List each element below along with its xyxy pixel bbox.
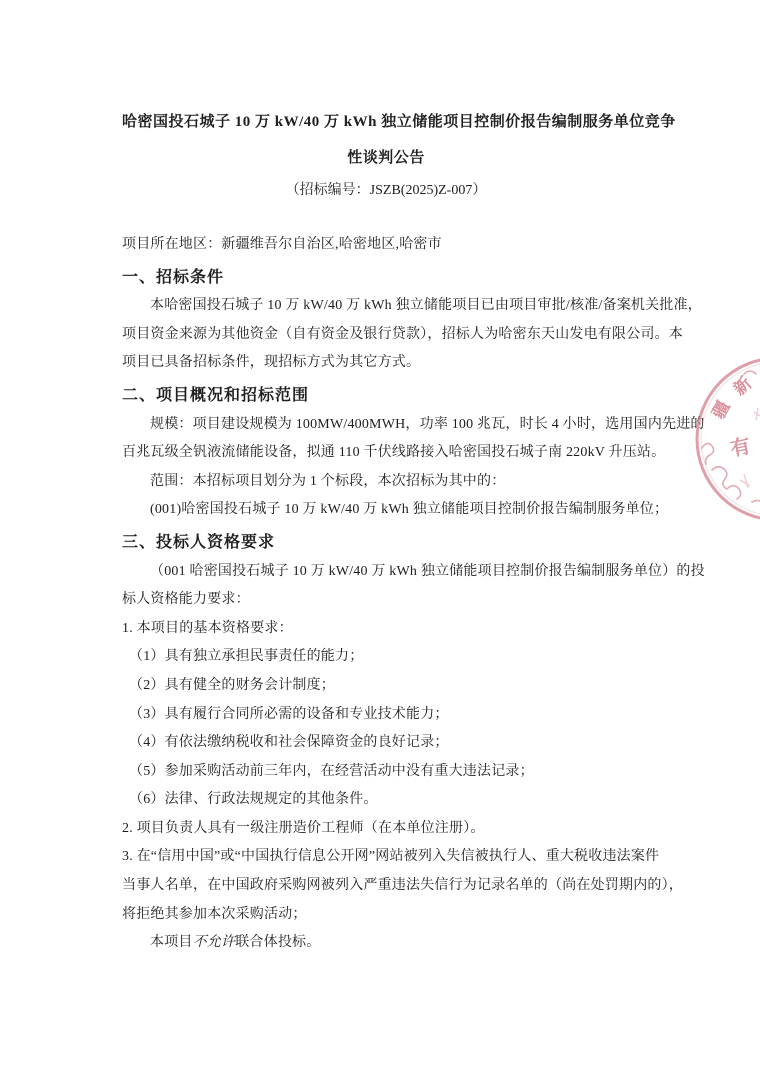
scope-line: 范围：本招标项目划分为 1 个标段，本次招标为其中的： xyxy=(122,468,650,497)
requirement-item: （2）具有健全的财务会计制度； xyxy=(122,672,650,701)
seal-inner-char: 有 xyxy=(728,433,753,461)
requirement-item: （5）参加采购活动前三年内，在经营活动中没有重大违法记录； xyxy=(122,758,650,787)
document-title-line-1: 哈密国投石城子 10 万 kW/40 万 kWh 独立储能项目控制价报告编制服务… xyxy=(122,104,650,140)
seal-ring-char-jiang: 新 xyxy=(729,373,755,399)
section-2-heading: 二、项目概况和招标范围 xyxy=(122,382,650,411)
scanned-document-page: 哈密国投石城子 10 万 kW/40 万 kWh 独立储能项目控制价报告编制服务… xyxy=(0,0,760,1075)
no-consortium-suffix: 联合体投标。 xyxy=(235,935,320,950)
body-line: 标人资格能力要求： xyxy=(122,586,650,615)
body-line: 百兆瓦级全钒液流储能设备，拟通 110 千伏线路接入哈密国投石城子南 220kV… xyxy=(122,439,650,468)
no-consortium-line: 本项目不允许联合体投标。 xyxy=(122,929,650,958)
requirement-item: （6）法律、行政法规规定的其他条件。 xyxy=(122,786,650,815)
spacer xyxy=(122,206,650,231)
seal-ring-char-new: 疆 xyxy=(708,397,734,421)
document-content: 哈密国投石城子 10 万 kW/40 万 kWh 独立储能项目控制价报告编制服务… xyxy=(122,104,650,958)
requirement-3-line: 3. 在“信用中国”或“中国执行信息公开网”网站被列入失信被执行人、重大税收违法… xyxy=(122,843,650,872)
no-consortium-prefix: 本项目 xyxy=(150,935,193,950)
seal-script-strokes xyxy=(702,371,760,504)
tender-number: （招标编号：JSZB(2025)Z-007） xyxy=(122,176,650,206)
seal-graphic: 疆 新 有 xyxy=(688,352,760,527)
scale-line: 规模：项目建设规模为 100MW/400MWH，功率 100 兆瓦，时长 4 小… xyxy=(122,411,650,440)
requirement-2-line: 2. 项目负责人具有一级注册造价工程师（在本单位注册）。 xyxy=(122,815,650,844)
body-line: 将拒绝其参加本次采购活动； xyxy=(122,901,650,930)
requirement-1-line: 1. 本项目的基本资格要求： xyxy=(122,615,650,644)
body-line: 本哈密国投石城子 10 万 kW/40 万 kWh 独立储能项目已由项目审批/核… xyxy=(122,292,650,321)
seal-partial-strokes xyxy=(740,408,760,488)
body-line: 项目资金来源为其他资金（自有资金及银行贷款），招标人为哈密东天山发电有限公司。本 xyxy=(122,321,650,350)
lot-001-line: (001)哈密国投石城子 10 万 kW/40 万 kWh 独立储能项目控制价报… xyxy=(122,496,650,525)
requirement-item: （1）具有独立承担民事责任的能力； xyxy=(122,643,650,672)
section-3-heading: 三、投标人资格要求 xyxy=(122,529,650,558)
body-line: 项目已具备招标条件，现招标方式为其它方式。 xyxy=(122,349,650,378)
no-consortium-emphasis: 不允许 xyxy=(193,935,236,950)
document-title-line-2: 性谈判公告 xyxy=(122,140,650,176)
requirement-item: （4）有依法缴纳税收和社会保障资金的良好记录； xyxy=(122,729,650,758)
body-line: 当事人名单，在中国政府采购网被列入严重违法失信行为记录名单的（尚在处罚期内的）， xyxy=(122,872,650,901)
requirement-item: （3）具有履行合同所必需的设备和专业技术能力； xyxy=(122,701,650,730)
body-line: （001 哈密国投石城子 10 万 kW/40 万 kWh 独立储能项目控制价报… xyxy=(122,558,650,587)
section-1-heading: 一、招标条件 xyxy=(122,264,650,293)
project-location-line: 项目所在地区：新疆维吾尔自治区,哈密地区,哈密市 xyxy=(122,231,650,260)
company-seal-stamp: 疆 新 有 xyxy=(688,352,760,527)
